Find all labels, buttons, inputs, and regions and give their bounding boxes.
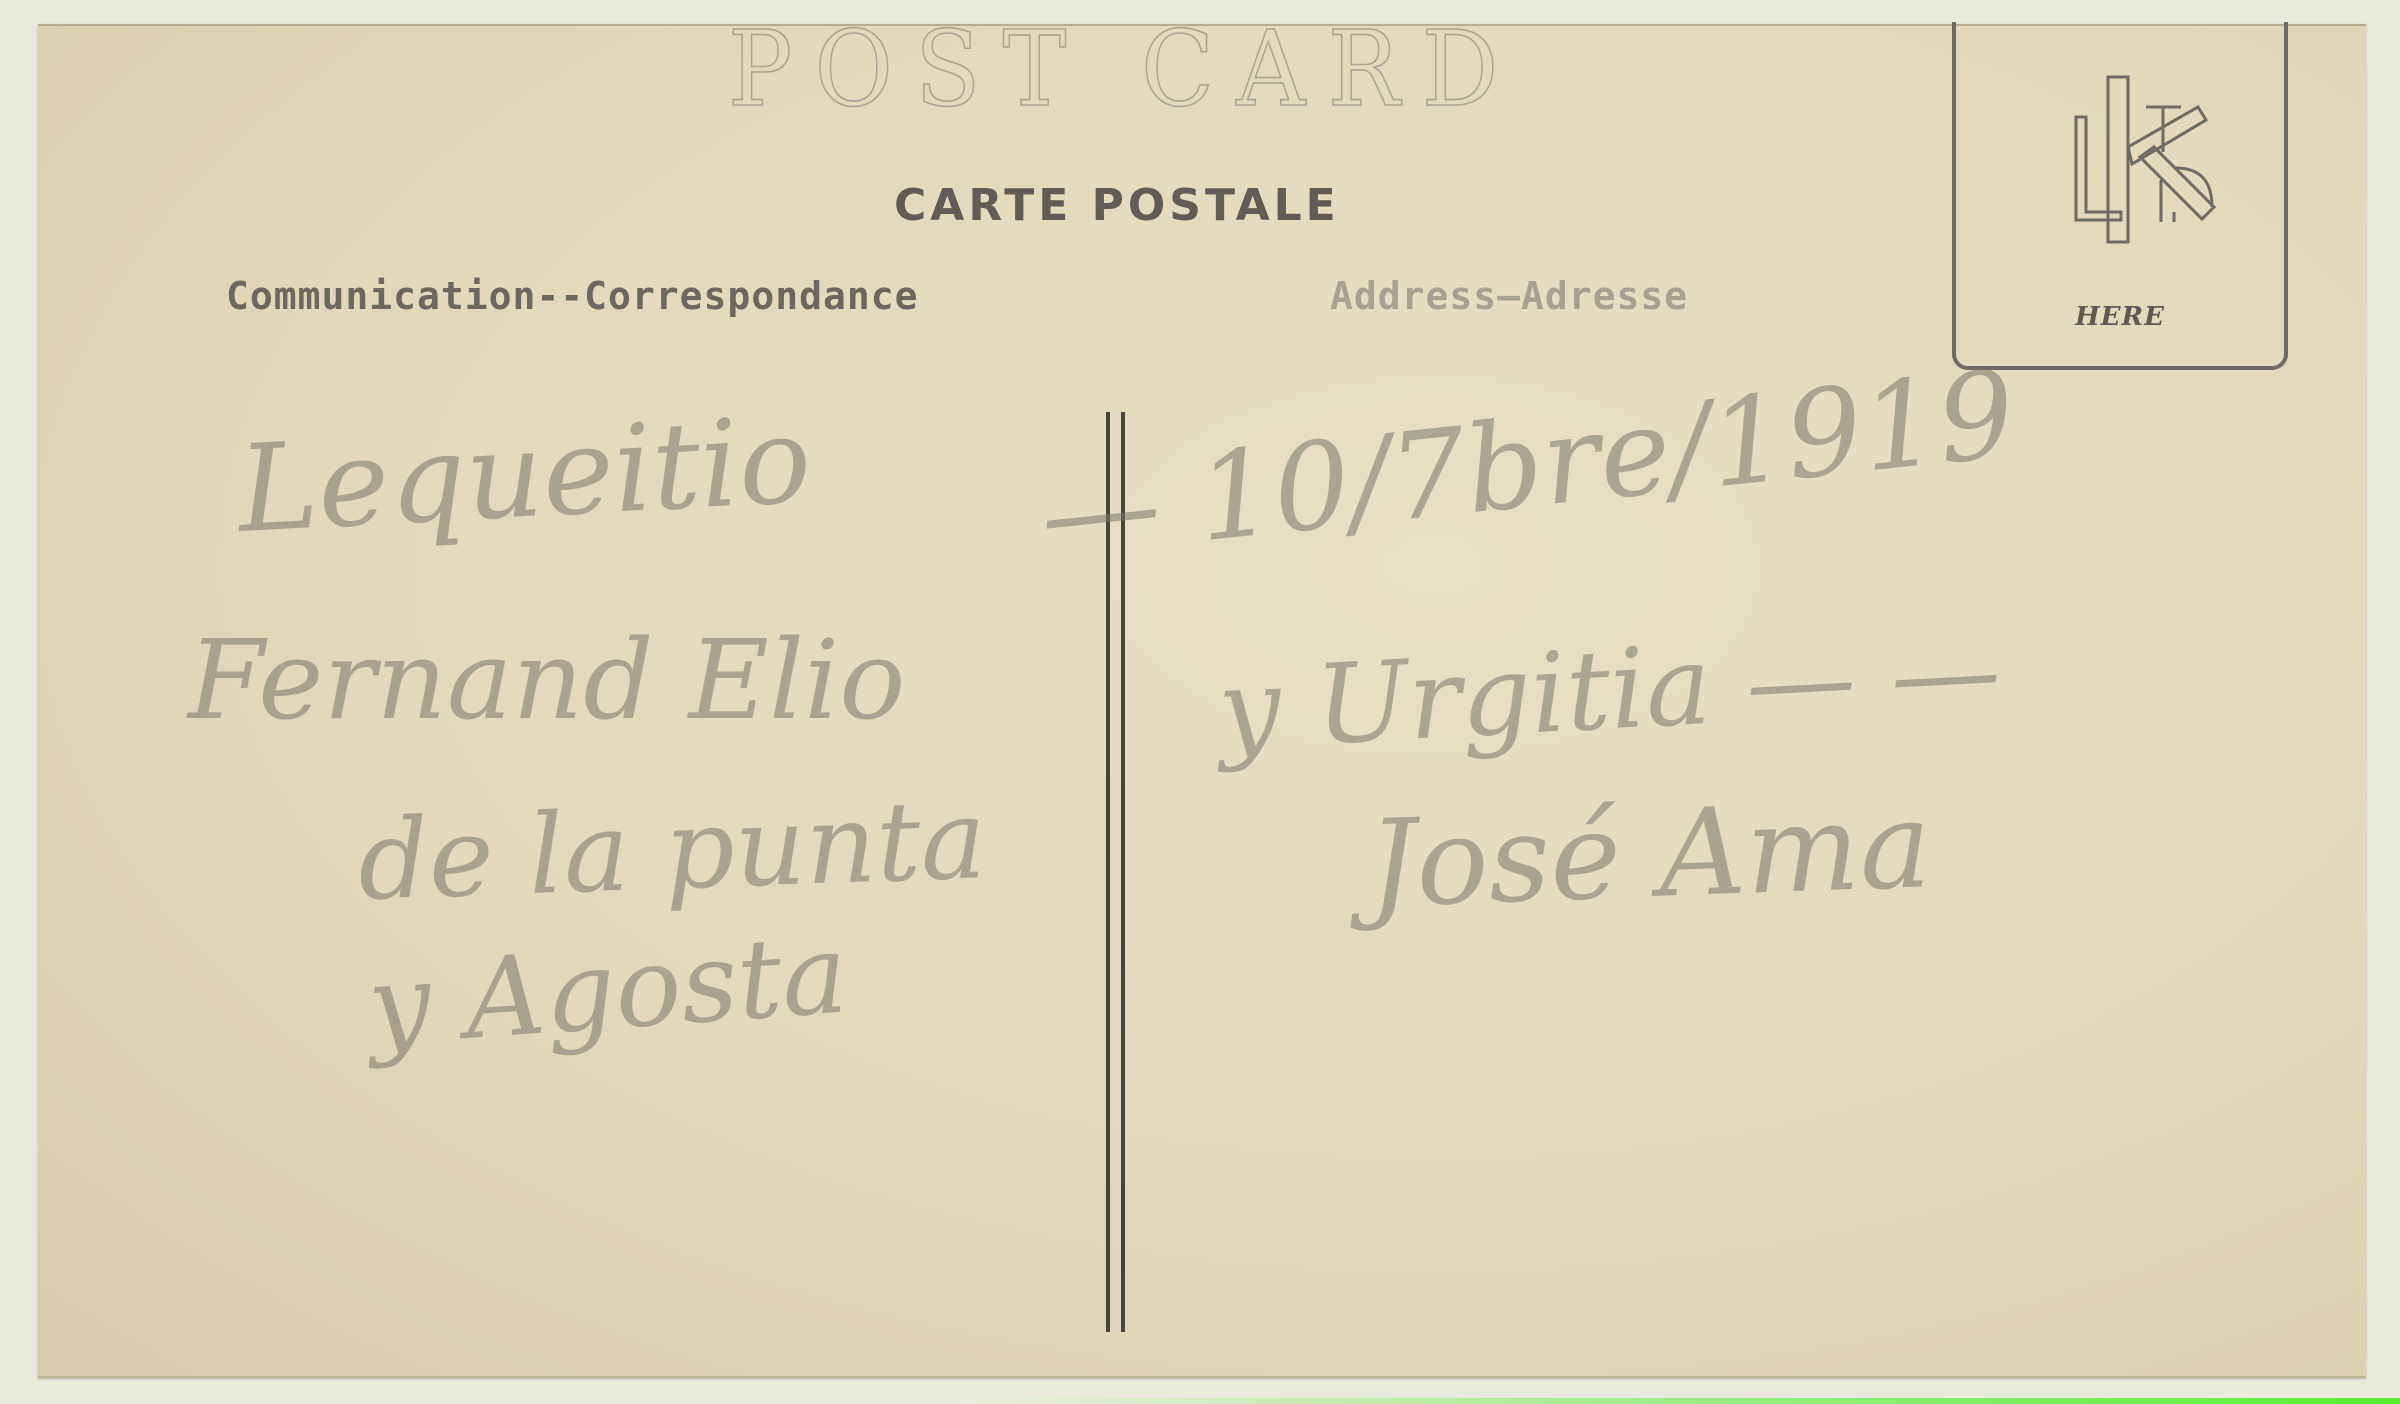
handwriting-line-2-left: Fernand Elio [188,616,906,744]
postcard: POST CARD CARTE POSTALE Communication--C… [38,24,2366,1378]
ltkd-monogram-icon [2046,62,2226,252]
handwriting-line-2-right: y Urgitia — — [1215,606,2004,775]
handwriting-line-3-left: de la punta [356,775,988,925]
stamp-here-label: HERE [1956,302,2284,332]
handwriting-date: — 10/7bre/1919 [1033,345,2021,586]
handwriting-place: Lequeitio [235,391,815,560]
correspondence-label: Communication--Correspondance [226,274,918,318]
carte-postale-subtitle: CARTE POSTALE [894,180,1340,231]
post-card-title: POST CARD [728,8,1520,130]
progress-strip [960,1398,2400,1404]
stamp-box: HERE [1952,22,2288,370]
handwriting-signature: José Ama [1366,776,1934,935]
handwriting-line-4-left: y Agosta [364,909,851,1070]
address-label: Address—Adresse [1330,274,1688,318]
